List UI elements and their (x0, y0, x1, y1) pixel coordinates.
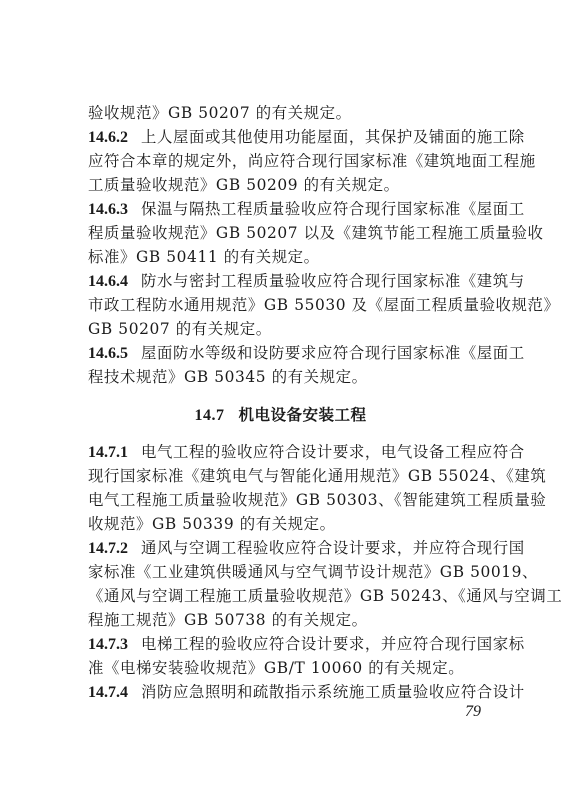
clause-number: 14.7.2 (88, 540, 128, 557)
clause-14-7-2: 14.7.2通风与空调工程验收应符合设计要求，并应符合现行国 (88, 536, 488, 560)
line-text: 家标准《工业建筑供暖通风与空气调节设计规范》GB 50019、 (88, 563, 538, 581)
text-line: 准《电梯安装验收规范》GB/T 10060 的有关规定。 (88, 656, 488, 680)
clause-14-6-2: 14.6.2上人屋面或其他使用功能屋面，其保护及铺面的施工除 (88, 125, 488, 149)
text-line: 标准》GB 50411 的有关规定。 (88, 245, 488, 269)
line-text: 保温与隔热工程质量验收应符合现行国家标准《屋面工 (141, 200, 525, 218)
text-line: 程质量验收规范》GB 50207 以及《建筑节能工程施工质量验收 (88, 221, 488, 245)
line-text: 应符合本章的规定外，尚应符合现行国家标准《建筑地面工程施 (88, 152, 536, 170)
clause-number: 14.7.1 (88, 444, 128, 461)
line-text: GB 50207 的有关规定。 (88, 320, 272, 338)
line-text: 电气工程施工质量验收规范》GB 50303、《智能建筑工程质量验 (88, 491, 546, 509)
text-line: 程施工规范》GB 50738 的有关规定。 (88, 608, 488, 632)
line-text: 市政工程防水通用规范》GB 55030 及《屋面工程质量验收规范》 (88, 296, 560, 314)
clause-14-7-3: 14.7.3电梯工程的验收应符合设计要求，并应符合现行国家标 (88, 632, 488, 656)
line-text: 现行国家标准《建筑电气与智能化通用规范》GB 55024、《建筑 (88, 467, 546, 485)
document-page: 验收规范》GB 50207 的有关规定。 14.6.2上人屋面或其他使用功能屋面… (0, 0, 561, 804)
section-heading: 14.7机电设备安装工程 (0, 403, 561, 427)
line-text: 通风与空调工程验收应符合设计要求，并应符合现行国 (141, 539, 525, 557)
line-text: 上人屋面或其他使用功能屋面，其保护及铺面的施工除 (141, 128, 525, 146)
text-line: 应符合本章的规定外，尚应符合现行国家标准《建筑地面工程施 (88, 149, 488, 173)
line-text: 程施工规范》GB 50738 的有关规定。 (88, 611, 368, 629)
line-text: 《通风与空调工程施工质量验收规范》GB 50243、《通风与空调工 (88, 587, 561, 605)
line-text: 程质量验收规范》GB 50207 以及《建筑节能工程施工质量验收 (88, 224, 544, 242)
line-text: 准《电梯安装验收规范》GB/T 10060 的有关规定。 (88, 659, 464, 677)
line-text: 工质量验收规范》GB 50209 的有关规定。 (88, 176, 400, 194)
clause-number: 14.7.4 (88, 684, 128, 701)
clause-number: 14.6.3 (88, 201, 128, 218)
line-text: 消防应急照明和疏散指示系统施工质量验收应符合设计 (141, 683, 525, 701)
clause-14-6-5: 14.6.5屋面防水等级和设防要求应符合现行国家标准《屋面工 (88, 341, 488, 365)
clause-14-6-4: 14.6.4防水与密封工程质量验收应符合现行国家标准《建筑与 (88, 269, 488, 293)
text-line: 《通风与空调工程施工质量验收规范》GB 50243、《通风与空调工 (88, 584, 488, 608)
line-text: 验收规范》GB 50207 的有关规定。 (88, 104, 352, 122)
text-line: 验收规范》GB 50207 的有关规定。 (88, 101, 488, 125)
clause-number: 14.6.5 (88, 345, 128, 362)
line-text: 程技术规范》GB 50345 的有关规定。 (88, 368, 368, 386)
clause-number: 14.7.3 (88, 636, 128, 653)
clause-number: 14.6.2 (88, 129, 128, 146)
line-text: 电梯工程的验收应符合设计要求，并应符合现行国家标 (141, 635, 525, 653)
section-title: 机电设备安装工程 (238, 405, 366, 424)
text-line: GB 50207 的有关规定。 (88, 317, 488, 341)
text-line: 工质量验收规范》GB 50209 的有关规定。 (88, 173, 488, 197)
line-text: 屋面防水等级和设防要求应符合现行国家标准《屋面工 (141, 344, 525, 362)
text-line: 电气工程施工质量验收规范》GB 50303、《智能建筑工程质量验 (88, 488, 488, 512)
clause-number: 14.6.4 (88, 273, 128, 290)
line-text: 收规范》GB 50339 的有关规定。 (88, 515, 336, 533)
section-number: 14.7 (194, 407, 224, 424)
line-text: 标准》GB 50411 的有关规定。 (88, 248, 320, 266)
clause-14-7-1: 14.7.1电气工程的验收应符合设计要求，电气设备工程应符合 (88, 440, 488, 464)
text-line: 市政工程防水通用规范》GB 55030 及《屋面工程质量验收规范》 (88, 293, 488, 317)
clause-14-6-3: 14.6.3保温与隔热工程质量验收应符合现行国家标准《屋面工 (88, 197, 488, 221)
clause-14-7-4: 14.7.4消防应急照明和疏散指示系统施工质量验收应符合设计 (88, 680, 488, 704)
line-text: 防水与密封工程质量验收应符合现行国家标准《建筑与 (141, 272, 525, 290)
page-number: 79 (465, 703, 481, 721)
text-line: 程技术规范》GB 50345 的有关规定。 (88, 365, 488, 389)
text-line: 收规范》GB 50339 的有关规定。 (88, 512, 488, 536)
line-text: 电气工程的验收应符合设计要求，电气设备工程应符合 (141, 443, 525, 461)
text-line: 家标准《工业建筑供暖通风与空气调节设计规范》GB 50019、 (88, 560, 488, 584)
text-line: 现行国家标准《建筑电气与智能化通用规范》GB 55024、《建筑 (88, 464, 488, 488)
